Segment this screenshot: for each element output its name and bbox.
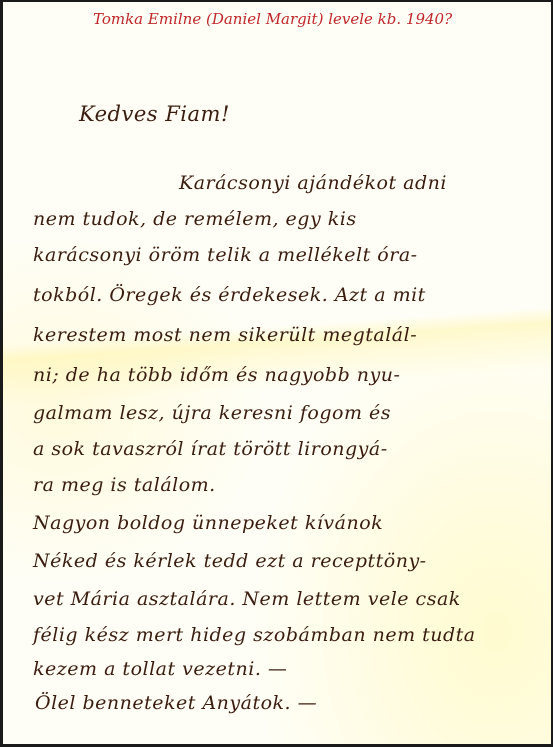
letter-line: a sok tavaszról írat törött lirongyá- [33, 438, 388, 460]
letter-line: Nagyon boldog ünnepeket kívánok [33, 512, 383, 534]
letter-line: karácsonyi öröm telik a mellékelt óra- [33, 244, 418, 266]
letter-closing: Ölel benneteket Anyátok. — [35, 692, 317, 714]
letter-line: ra meg is találom. [33, 474, 216, 496]
letter-line: Néked és kérlek tedd ezt a recepttöny- [33, 550, 427, 572]
letter-line: félig kész mert hideg szobámban nem tudt… [33, 624, 476, 646]
letter-line: galmam lesz, újra keresni fogom és [33, 402, 391, 424]
letter-line: vet Mária asztalára. Nem lettem vele csa… [33, 588, 461, 610]
letter-page: Tomka Emilne (Daniel Margit) levele kb. … [0, 0, 553, 747]
letter-line: nem tudok, de remélem, egy kis [33, 208, 357, 230]
archival-header-note: Tomka Emilne (Daniel Margit) levele kb. … [93, 10, 452, 28]
letter-line: kezem a tollat vezetni. — [33, 658, 287, 680]
letter-line: tokból. Öregek és érdekesek. Azt a mit [33, 284, 426, 306]
letter-line: Karácsonyi ajándékot adni [179, 172, 447, 194]
letter-line: kerestem most nem sikerült megtalál- [33, 324, 417, 346]
salutation: Kedves Fiam! [79, 102, 230, 126]
letter-line: ni; de ha több időm és nagyobb nyu- [33, 364, 400, 386]
